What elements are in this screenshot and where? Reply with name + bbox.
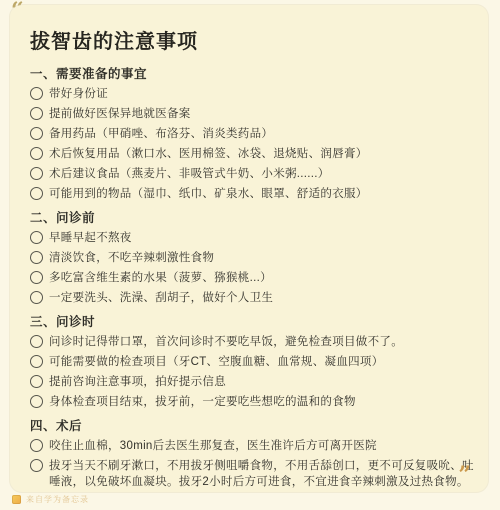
checkbox-circle-icon[interactable] — [30, 127, 43, 140]
sections-container: 一、需要准备的事宜带好身份证提前做好医保异地就医备案备用药品（甲硝唑、布洛芬、消… — [20, 64, 476, 492]
note-page: “ 拔智齿的注意事项 一、需要准备的事宜带好身份证提前做好医保异地就医备案备用药… — [0, 0, 500, 510]
checklist-item-label: 多吃富含维生素的水果（菠萝、猕猴桃...） — [49, 270, 272, 286]
checklist-item-label: 清淡饮食，不吃辛辣刺激性食物 — [49, 250, 214, 266]
checklist-item: 身体检查项目结束，拔牙前，一定要吃些想吃的温和的食物 — [20, 392, 476, 412]
checkbox-circle-icon[interactable] — [30, 167, 43, 180]
notes-app-icon — [12, 495, 21, 504]
checkbox-circle-icon[interactable] — [30, 355, 43, 368]
watermark: 来自学为备忘录 — [12, 494, 89, 505]
checkbox-circle-icon[interactable] — [30, 87, 43, 100]
checklist-item: 提前咨询注意事项，拍好提示信息 — [20, 372, 476, 392]
section-heading: 二、问诊前 — [30, 208, 476, 228]
checklist-item: 一定要洗头、洗澡、刮胡子，做好个人卫生 — [20, 288, 476, 308]
checklist-item: 可能需要做的检查项目（牙CT、空腹血糖、血常规、凝血四项） — [20, 352, 476, 372]
watermark-label: 来自学为备忘录 — [26, 494, 89, 505]
checklist-item-label: 早睡早起不熬夜 — [49, 230, 132, 246]
checkbox-circle-icon[interactable] — [30, 107, 43, 120]
checkbox-circle-icon[interactable] — [30, 439, 43, 452]
note-card: 拔智齿的注意事项 一、需要准备的事宜带好身份证提前做好医保异地就医备案备用药品（… — [10, 5, 488, 492]
checklist-item-label: 术后建议食品（燕麦片、非吸管式牛奶、小米粥......） — [49, 166, 330, 182]
checklist-item-label: 一定要洗头、洗澡、刮胡子，做好个人卫生 — [49, 290, 273, 306]
checkbox-circle-icon[interactable] — [30, 147, 43, 160]
checklist-item-label: 带好身份证 — [49, 86, 108, 102]
checklist-item-label: 可能需要做的检查项目（牙CT、空腹血糖、血常规、凝血四项） — [49, 354, 384, 370]
checklist-item-label: 拔牙当天不刷牙漱口，不用拔牙侧咀嚼食物，不用舌舔创口，更不可反复吸吮、吐唾液，以… — [49, 458, 476, 490]
checklist-item: 备用药品（甲硝唑、布洛芬、消炎类药品） — [20, 124, 476, 144]
checklist-item-label: 身体检查项目结束，拔牙前，一定要吃些想吃的温和的食物 — [49, 394, 356, 410]
checkbox-circle-icon[interactable] — [30, 187, 43, 200]
checklist-item: 术后恢复用品（漱口水、医用棉签、冰袋、退烧贴、润唇膏） — [20, 144, 476, 164]
checklist-item: 清淡饮食，不吃辛辣刺激性食物 — [20, 248, 476, 268]
checklist-item: 带好身份证 — [20, 84, 476, 104]
section-heading: 一、需要准备的事宜 — [30, 64, 476, 84]
checklist-item: 早睡早起不熬夜 — [20, 228, 476, 248]
checklist-item: 可能用到的物品（湿巾、纸巾、矿泉水、眼罩、舒适的衣服） — [20, 184, 476, 204]
checklist-item-label: 术后恢复用品（漱口水、医用棉签、冰袋、退烧贴、润唇膏） — [49, 146, 368, 162]
section-heading: 三、问诊时 — [30, 312, 476, 332]
checklist-item: 术后建议食品（燕麦片、非吸管式牛奶、小米粥......） — [20, 164, 476, 184]
checklist-item-label: 问诊时记得带口罩，首次问诊时不要吃早饭，避免检查项目做不了。 — [49, 334, 403, 350]
checkbox-circle-icon[interactable] — [30, 395, 43, 408]
checkbox-circle-icon[interactable] — [30, 251, 43, 264]
page-title: 拔智齿的注意事项 — [30, 25, 476, 54]
checklist-item-label: 可能用到的物品（湿巾、纸巾、矿泉水、眼罩、舒适的衣服） — [49, 186, 368, 202]
checkbox-circle-icon[interactable] — [30, 459, 43, 472]
section-heading: 四、术后 — [30, 416, 476, 436]
checklist-item: 提前做好医保异地就医备案 — [20, 104, 476, 124]
checkbox-circle-icon[interactable] — [30, 231, 43, 244]
checkbox-circle-icon[interactable] — [30, 291, 43, 304]
checklist-item-label: 备用药品（甲硝唑、布洛芬、消炎类药品） — [49, 126, 273, 142]
close-quote-icon: ” — [458, 464, 471, 486]
checkbox-circle-icon[interactable] — [30, 375, 43, 388]
checklist-item-label: 提前咨询注意事项，拍好提示信息 — [49, 374, 226, 390]
checklist-item: 咬住止血棉，30min后去医生那复查，医生准许后方可离开医院 — [20, 436, 476, 456]
checklist-item-label: 咬住止血棉，30min后去医生那复查，医生准许后方可离开医院 — [49, 438, 377, 454]
checklist-item-label: 提前做好医保异地就医备案 — [49, 106, 191, 122]
checklist-item: 多吃富含维生素的水果（菠萝、猕猴桃...） — [20, 268, 476, 288]
checklist-item: 拔牙当天不刷牙漱口，不用拔牙侧咀嚼食物，不用舌舔创口，更不可反复吸吮、吐唾液，以… — [20, 456, 476, 492]
checklist-item: 问诊时记得带口罩，首次问诊时不要吃早饭，避免检查项目做不了。 — [20, 332, 476, 352]
checkbox-circle-icon[interactable] — [30, 335, 43, 348]
checkbox-circle-icon[interactable] — [30, 271, 43, 284]
